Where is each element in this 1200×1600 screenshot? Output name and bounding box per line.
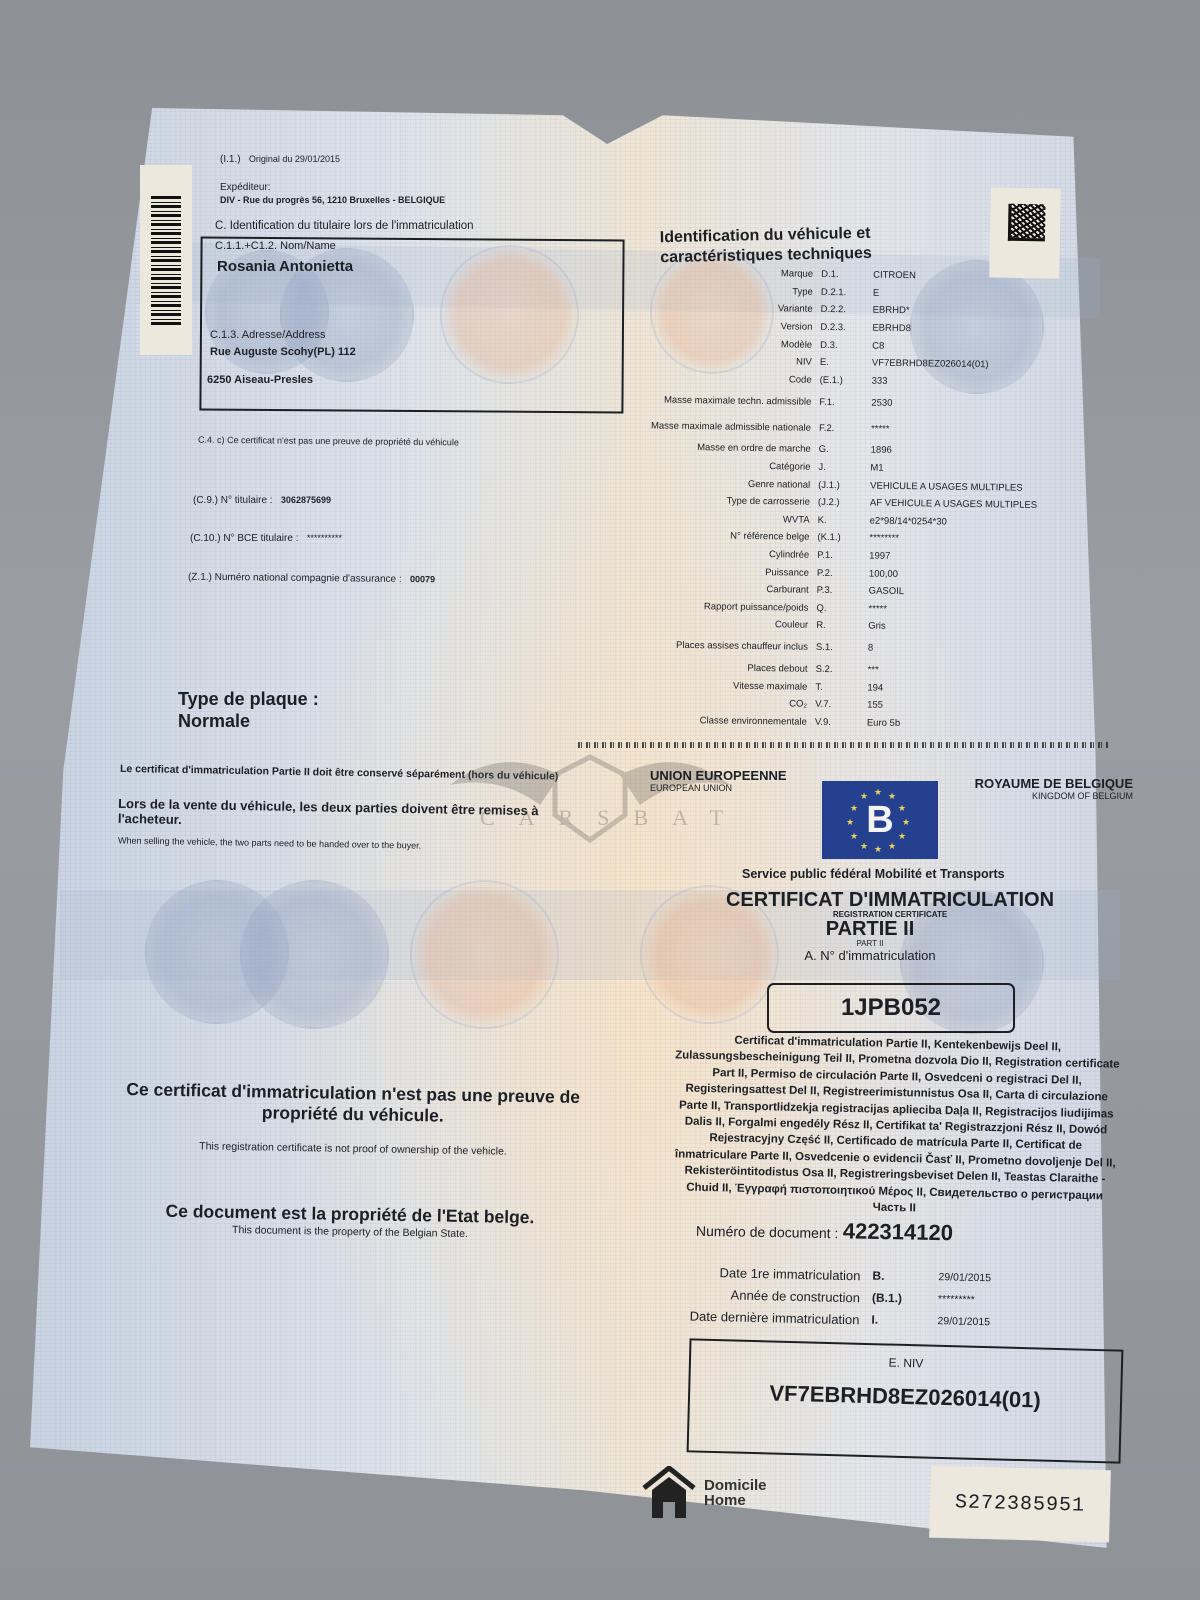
spec-label: Carburant [599,583,809,595]
spec-label: Places debout [598,662,808,674]
spec-value: GASOIL [869,586,1059,600]
spec-value: EBRHD8 [872,323,1062,337]
eu-label-fr: UNION EUROPEENNE [650,768,787,783]
spec-code: V.9. [807,716,867,728]
qr-code [989,187,1061,278]
spec-value: e2*98/14*0254*30 [870,515,1060,529]
sender-address: DIV - Rue du progrès 56, 1210 Bruxelles … [220,195,445,205]
spec-label: Masse en ordre de marche [601,442,811,454]
spec-value: CITROEN [873,270,1063,284]
spec-code: P.2. [809,567,869,579]
ownership-disclaimer-fr: Ce certificat d'immatriculation n'est pa… [118,1079,589,1129]
holder-address-label: C.1.3. Adresse/Address [210,329,326,341]
spec-label: CO₂ [597,697,807,709]
spec-value: VF7EBRHD8EZ026014(01) [872,358,1062,372]
spec-label: Modèle [602,337,812,349]
spec-code: D.2.3. [812,322,872,334]
spec-value: 1896 [871,445,1061,459]
spec-value: ******** [869,533,1059,547]
date-value: 29/01/2015 [932,1271,1040,1285]
original-date: (I.1.) Original du 29/01/2015 [220,154,340,165]
holder-section-title: C. Identification du titulaire lors de l… [215,220,474,232]
spec-code: Q. [808,603,868,615]
spec-label: Variante [603,302,813,314]
spec-label: Code [602,373,812,385]
spec-code: (E.1.) [812,375,872,387]
date-label: Date 1re immatriculation [650,1263,860,1283]
spec-label: Type de carrosserie [600,495,810,507]
spec-label: NIV [602,355,812,367]
spec-code: (J.1.) [810,479,870,491]
bce-number: (C.10.) N° BCE titulaire : ********** [190,533,342,544]
spec-label: Genre national [600,477,810,489]
spec-value: 100,00 [869,568,1059,582]
spec-code: J. [810,462,870,474]
eu-label-en: EUROPEAN UNION [650,783,732,793]
domicile-home: Domicile Home [640,1466,767,1520]
serial-number: S272385951 [929,1466,1111,1543]
registration-dates: Date 1re immatriculationB.29/01/2015Anné… [649,1260,1040,1335]
spec-code: F.1. [811,396,871,408]
spec-code: P.3. [809,585,869,597]
eu-belgium-flag: ★ ★ ★ ★ ★ ★ ★ ★ ★ ★ ★ ★ B [822,781,938,859]
registration-number: 1JPB052 [767,983,1015,1033]
spec-value: ***** [871,423,1061,437]
date-value: 29/01/2015 [931,1315,1039,1329]
spec-label: WVTA [600,513,810,525]
spec-value: C8 [872,340,1062,354]
holder-name: Rosania Antonietta [217,258,353,275]
spec-code: (J.2.) [810,497,870,509]
spec-label: Masse maximale admissible nationale [601,420,811,432]
spec-value: 8 [868,643,1058,657]
wheel-watermark [240,880,389,1029]
spec-value: *** [868,665,1058,679]
spec-value: 2530 [871,397,1061,411]
kingdom-label-en: KINGDOM OF BELGIUM [955,791,1133,801]
holder-address-line2: 6250 Aiseau-Presles [207,374,313,386]
spec-value: ***** [868,603,1058,617]
spec-value: VEHICULE A USAGES MULTIPLES [870,480,1060,494]
spec-label: Cylindrée [599,548,809,560]
holder-name-label: C.1.1.+C1.2. Nom/Name [215,240,336,252]
vehicle-section-title: Identification du véhicule et caractéris… [660,224,872,268]
spec-code: K. [810,515,870,527]
carsbat-watermark: CARSBAT [440,745,740,855]
sender-label: Expéditeur: [220,182,271,193]
spec-code: D.3. [812,339,872,351]
spec-code: P.1. [809,550,869,562]
spec-label: Marque [603,267,813,279]
date-value: ********* [932,1293,1040,1307]
spec-value: AF VEHICULE A USAGES MULTIPLES [870,498,1060,512]
spec-value: EBRHD* [873,305,1063,319]
date-code: I. [859,1312,931,1328]
spec-code: S.2. [808,664,868,676]
spec-code: (K.1.) [809,532,869,544]
spec-value: 1997 [869,551,1059,565]
wheel-watermark [410,880,559,1029]
spec-label: Masse maximale techn. admissible [601,394,811,406]
document-number: Numéro de document : 422314120 [696,1216,953,1246]
date-code: (B.1.) [860,1290,932,1306]
spec-value: 194 [867,682,1057,696]
spec-value: 155 [867,700,1057,714]
service-name: Service public fédéral Mobilité et Trans… [742,867,1005,881]
holder-number: (C.9.) N° titulaire : 3062875699 [193,495,331,506]
spec-label: Version [602,320,812,332]
multilingual-title-list: Certificat d'immatriculation Partie II, … [670,1031,1122,1221]
spec-code: V.7. [807,699,867,711]
spec-label: Places assises chauffeur inclus [598,640,808,652]
spec-code: D.1. [813,269,873,281]
spec-label: N° référence belge [599,530,809,542]
barcode [140,165,192,355]
certificate-title: CERTIFICAT D'IMMATRICULATION REGISTRATIO… [680,890,1100,963]
spec-code: F.2. [811,422,871,434]
spec-label: Rapport puissance/poids [598,601,808,613]
kingdom-label-fr: ROYAUME DE BELGIQUE [955,776,1133,791]
spec-label: Type [603,285,813,297]
spec-label: Catégorie [600,460,810,472]
date-code: B. [860,1268,932,1284]
spec-code: R. [808,620,868,632]
spec-code: S.1. [808,642,868,654]
spec-code: D.2.2. [813,304,873,316]
spec-code: D.2.1. [813,287,873,299]
spec-label: Couleur [598,618,808,630]
vehicle-spec-table: MarqueD.1.CITROENTypeD.2.1.EVarianteD.2.… [597,263,1063,734]
spec-code: T. [807,681,867,693]
niv-box: E. NIV VF7EBRHD8EZ026014(01) [687,1338,1124,1463]
house-icon [640,1466,698,1520]
spec-code: G. [811,444,871,456]
spec-value: Gris [868,621,1058,635]
spec-value: 333 [872,375,1062,389]
spec-label: Puissance [599,565,809,577]
spec-value: Euro 5b [867,717,1057,731]
spec-value: E [873,287,1063,301]
spec-code: E. [812,357,872,369]
date-label: Date dernière immatriculation [649,1307,859,1327]
holder-address-line1: Rue Auguste Scohy(PL) 112 [210,346,356,358]
plate-type: Type de plaque : Normale [178,688,319,732]
spec-value: M1 [870,463,1060,477]
spec-label: Vitesse maximale [597,679,807,691]
date-label: Année de construction [650,1285,860,1305]
spec-label: Classe environnementale [597,715,807,727]
